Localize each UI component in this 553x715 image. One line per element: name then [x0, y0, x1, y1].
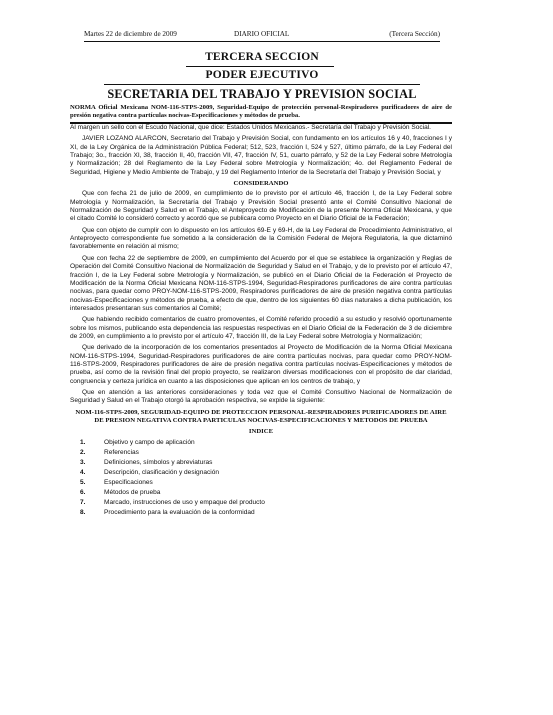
index-item: 7.Marcado, instrucciones de uso y empaqu… [70, 498, 452, 508]
header-rule [84, 41, 440, 42]
seal-paragraph: Al margen un sello con el Escudo Naciona… [70, 124, 452, 132]
index-item: 8.Procedimiento para la evaluación de la… [70, 508, 452, 518]
branch-heading: PODER EJECUTIVO [84, 69, 440, 81]
index-item: 4.Descripción, clasificación y designaci… [70, 468, 452, 478]
index-item: 5.Especificaciones [70, 478, 452, 488]
considerando-heading: CONSIDERANDO [70, 180, 452, 188]
preamble-paragraph: JAVIER LOZANO ALARCON, Secretario del Tr… [70, 135, 452, 177]
considerando-paragraph: Que con fecha 22 de septiembre de 2009, … [70, 255, 452, 313]
considerando-paragraph: Que con fecha 21 de julio de 2009, en cu… [70, 190, 452, 223]
norma-title: NORMA Oficial Mexicana NOM-116-STPS-2009… [70, 104, 452, 120]
header-date: Martes 22 de diciembre de 2009 [84, 30, 177, 38]
header-publication: DIARIO OFICIAL [234, 30, 289, 38]
document-body: Al margen un sello con el Escudo Naciona… [70, 124, 452, 518]
header-section: (Tercera Sección) [389, 30, 440, 38]
considerando-paragraph: Que derivado de la incorporación de los … [70, 344, 452, 386]
index-item: 3.Definiciones, símbolos y abreviaturas [70, 458, 452, 468]
index-heading: INDICE [70, 428, 452, 436]
considerando-paragraph: Que habiendo recibido comentarios de cua… [70, 316, 452, 341]
index-item: 1.Objetivo y campo de aplicación [70, 438, 452, 448]
considerando-paragraph: Que en atención a las anteriores conside… [70, 389, 452, 406]
branch-rule [104, 84, 420, 85]
index-item: 2.Referencias [70, 448, 452, 458]
ministry-heading: SECRETARIA DEL TRABAJO Y PREVISION SOCIA… [84, 87, 440, 102]
considerando-paragraph: Que con objeto de cumplir con lo dispues… [70, 227, 452, 252]
section-rule [186, 66, 334, 67]
section-heading: TERCERA SECCION [84, 51, 440, 63]
index-list: 1.Objetivo y campo de aplicación 2.Refer… [70, 438, 452, 518]
standard-title: NOM-116-STPS-2009, SEGURIDAD-EQUIPO DE P… [70, 409, 452, 425]
index-item: 6.Métodos de prueba [70, 488, 452, 498]
running-header: Martes 22 de diciembre de 2009 DIARIO OF… [84, 30, 440, 40]
